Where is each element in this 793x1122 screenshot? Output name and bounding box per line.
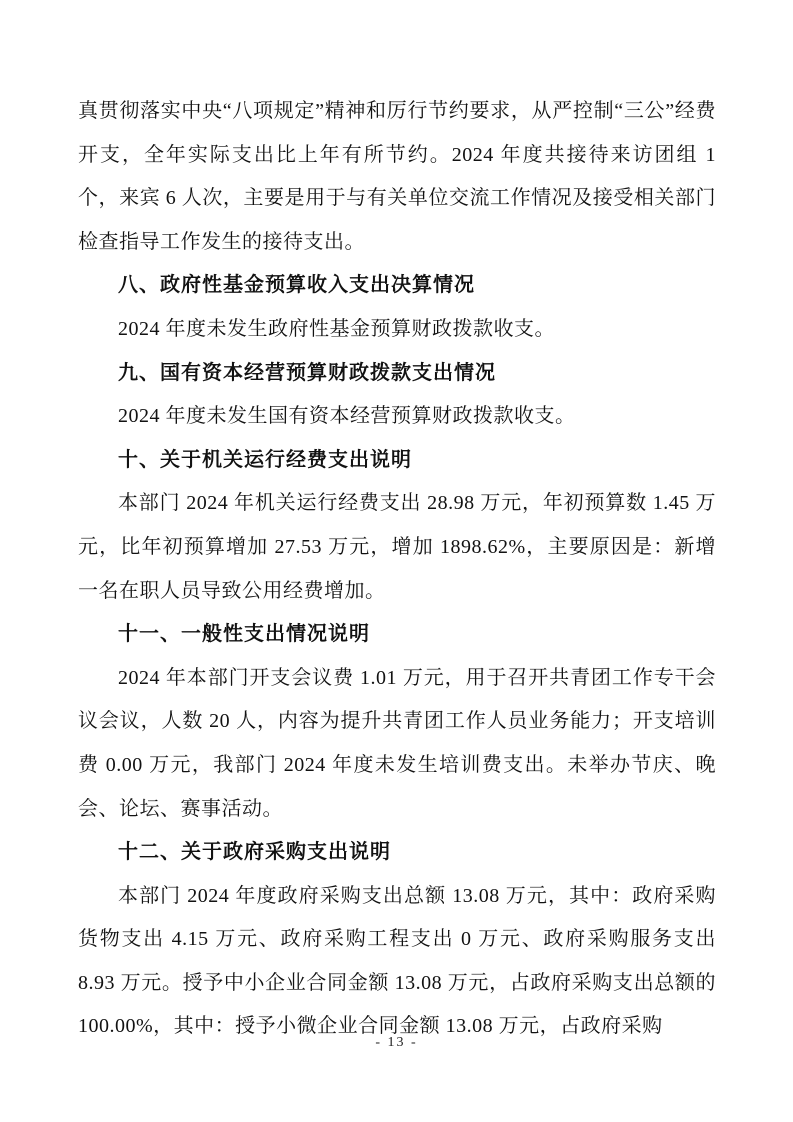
section-heading-9: 九、国有资本经营预算财政拨款支出情况	[78, 352, 716, 396]
paragraph-continuation: 真贯彻落实中央“八项规定”精神和厉行节约要求，从严控制“三公”经费开支，全年实际…	[78, 90, 716, 264]
section-heading-10: 十、关于机关运行经费支出说明	[78, 439, 716, 483]
paragraph: 本部门 2024 年机关运行经费支出 28.98 万元，年初预算数 1.45 万…	[78, 482, 716, 613]
document-page: 真贯彻落实中央“八项规定”精神和厉行节约要求，从严控制“三公”经费开支，全年实际…	[0, 0, 793, 1122]
section-heading-12: 十二、关于政府采购支出说明	[78, 831, 716, 875]
paragraph: 2024 年度未发生国有资本经营预算财政拨款收支。	[78, 395, 716, 439]
page-number: - 13 -	[0, 1035, 793, 1051]
paragraph: 2024 年本部门开支会议费 1.01 万元，用于召开共青团工作专干会议会议，人…	[78, 657, 716, 831]
section-heading-11: 十一、一般性支出情况说明	[78, 613, 716, 657]
section-heading-8: 八、政府性基金预算收入支出决算情况	[78, 264, 716, 308]
paragraph: 2024 年度未发生政府性基金预算财政拨款收支。	[78, 308, 716, 352]
paragraph: 本部门 2024 年度政府采购支出总额 13.08 万元，其中：政府采购货物支出…	[78, 875, 716, 1049]
document-body: 真贯彻落实中央“八项规定”精神和厉行节约要求，从严控制“三公”经费开支，全年实际…	[78, 90, 716, 1049]
